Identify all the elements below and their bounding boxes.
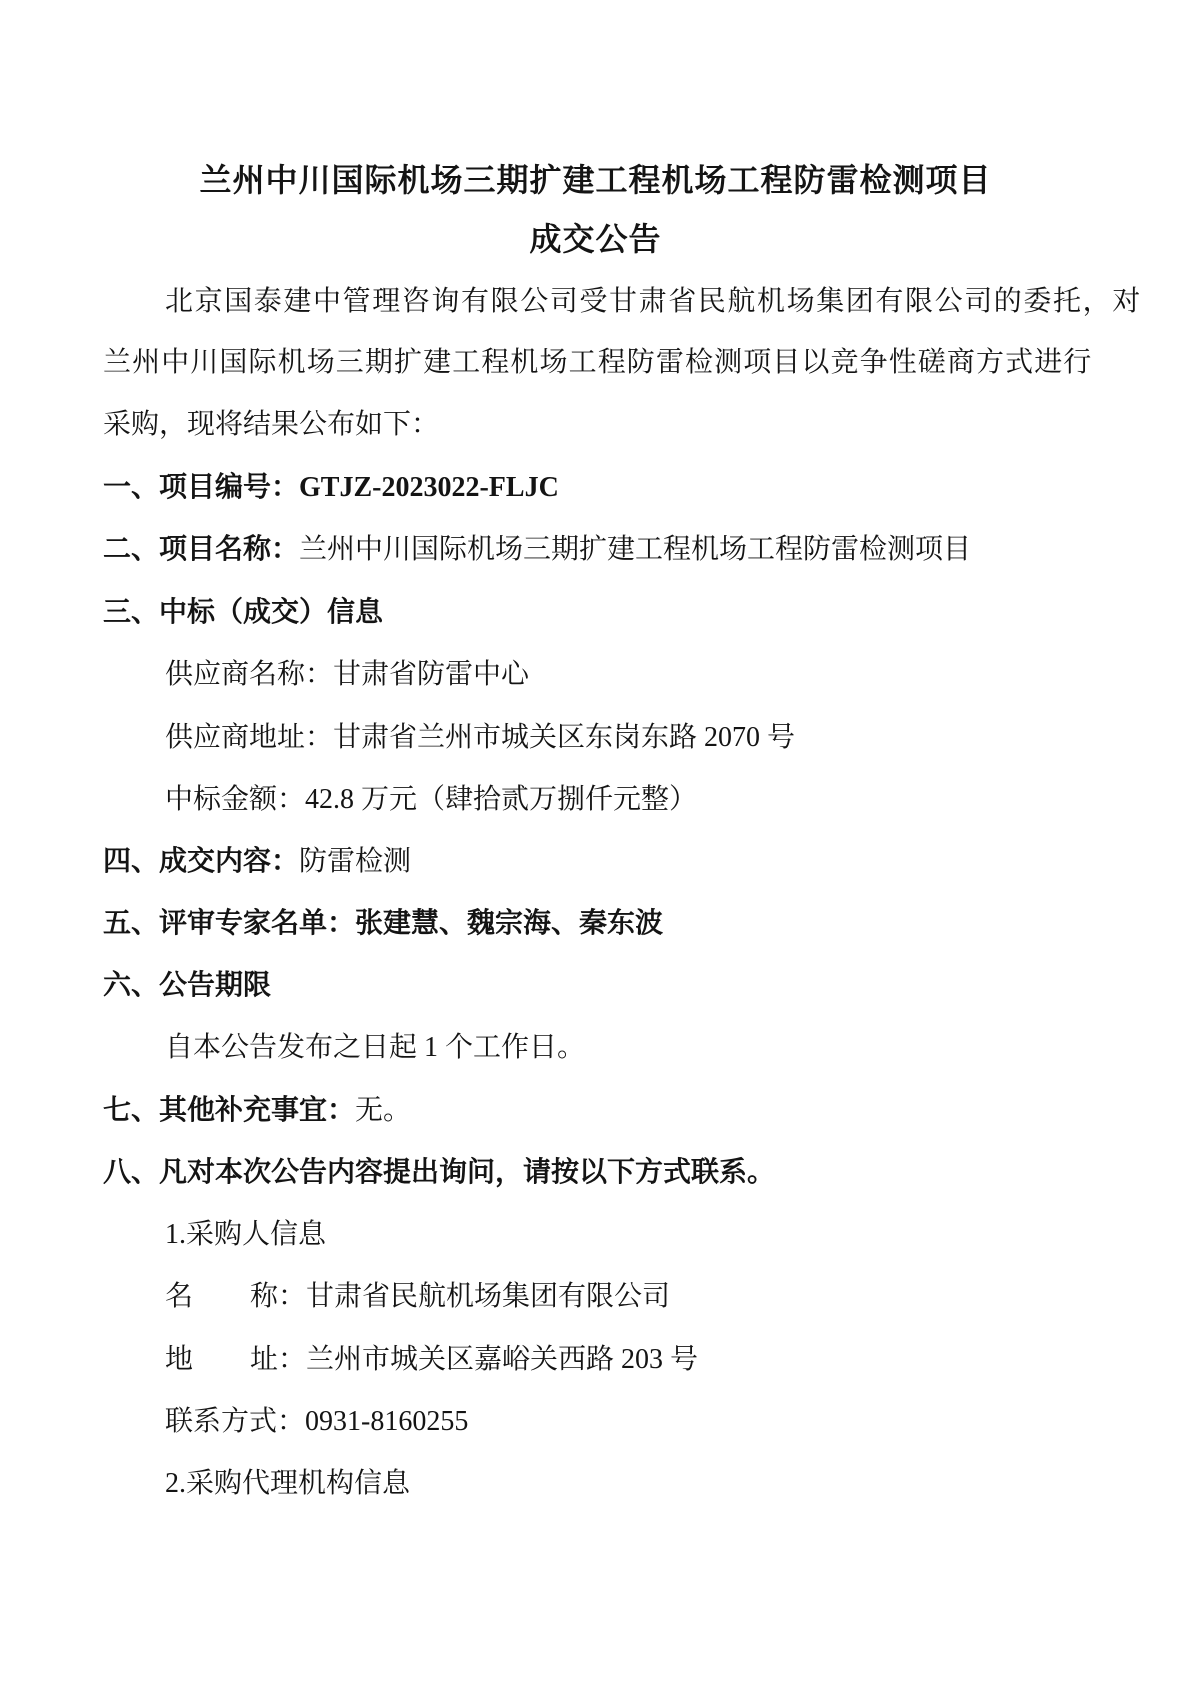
purchaser-name-label2: 称： bbox=[250, 1281, 306, 1312]
purchaser-info-heading: 1.采购人信息 bbox=[103, 1219, 326, 1251]
expert-list-value: 张建慧、魏宗海、秦东波 bbox=[355, 908, 663, 939]
other-matters-label: 七、其他补充事宜： bbox=[103, 1095, 355, 1126]
purchaser-address-value: 兰州市城关区嘉峪关西路 203 号 bbox=[306, 1344, 698, 1375]
purchaser-address-label2: 址： bbox=[250, 1344, 306, 1375]
section-announcement-period-heading: 六、公告期限 bbox=[103, 970, 271, 1002]
intro-paragraph-line-1: 北京国泰建中管理咨询有限公司受甘肃省民航机场集团有限公司的委托，对 bbox=[103, 286, 1142, 318]
award-content-value: 防雷检测 bbox=[299, 846, 411, 877]
other-matters-value: 无。 bbox=[355, 1095, 411, 1126]
section-project-number: 一、项目编号：GTJZ-2023022-FLJC bbox=[103, 472, 559, 504]
document-subtitle: 成交公告 bbox=[0, 221, 1191, 258]
document-title: 兰州中川国际机场三期扩建工程机场工程防雷检测项目 bbox=[0, 162, 1191, 199]
supplier-address-line: 供应商地址：甘肃省兰州市城关区东岗东路 2070 号 bbox=[103, 722, 795, 754]
purchaser-contact-line: 联系方式：0931-8160255 bbox=[103, 1406, 468, 1438]
agency-info-heading: 2.采购代理机构信息 bbox=[103, 1468, 410, 1500]
purchaser-address-label: 地 bbox=[165, 1344, 193, 1375]
award-amount-line: 中标金额：42.8 万元（肆拾贰万捌仟元整） bbox=[103, 784, 697, 816]
section-contact-heading: 八、凡对本次公告内容提出询问，请按以下方式联系。 bbox=[103, 1157, 775, 1189]
purchaser-address-line: 地址：兰州市城关区嘉峪关西路 203 号 bbox=[103, 1344, 698, 1376]
section-project-name: 二、项目名称：兰州中川国际机场三期扩建工程机场工程防雷检测项目 bbox=[103, 534, 971, 566]
expert-list-label: 五、评审专家名单： bbox=[103, 908, 355, 939]
project-name-value: 兰州中川国际机场三期扩建工程机场工程防雷检测项目 bbox=[299, 534, 971, 565]
award-content-label: 四、成交内容： bbox=[103, 846, 299, 877]
announcement-period-body: 自本公告发布之日起 1 个工作日。 bbox=[103, 1032, 585, 1064]
purchaser-name-value: 甘肃省民航机场集团有限公司 bbox=[306, 1281, 670, 1312]
project-name-label: 二、项目名称： bbox=[103, 534, 299, 565]
supplier-name-line: 供应商名称：甘肃省防雷中心 bbox=[103, 659, 529, 691]
section-other-matters: 七、其他补充事宜：无。 bbox=[103, 1095, 411, 1127]
announcement-document-page: 兰州中川国际机场三期扩建工程机场工程防雷检测项目 成交公告 北京国泰建中管理咨询… bbox=[0, 0, 1191, 1684]
purchaser-name-label: 名 bbox=[165, 1281, 193, 1312]
section-expert-list: 五、评审专家名单：张建慧、魏宗海、秦东波 bbox=[103, 908, 663, 940]
intro-paragraph-line-3: 采购，现将结果公布如下： bbox=[103, 409, 439, 441]
intro-paragraph-line-2: 兰州中川国际机场三期扩建工程机场工程防雷检测项目以竞争性磋商方式进行 bbox=[103, 347, 1092, 379]
section-award-content: 四、成交内容：防雷检测 bbox=[103, 846, 411, 878]
project-number-value: GTJZ-2023022-FLJC bbox=[299, 472, 559, 503]
section-award-info-heading: 三、中标（成交）信息 bbox=[103, 597, 383, 629]
project-number-label: 一、项目编号： bbox=[103, 472, 299, 503]
purchaser-name-line: 名称：甘肃省民航机场集团有限公司 bbox=[103, 1281, 670, 1313]
